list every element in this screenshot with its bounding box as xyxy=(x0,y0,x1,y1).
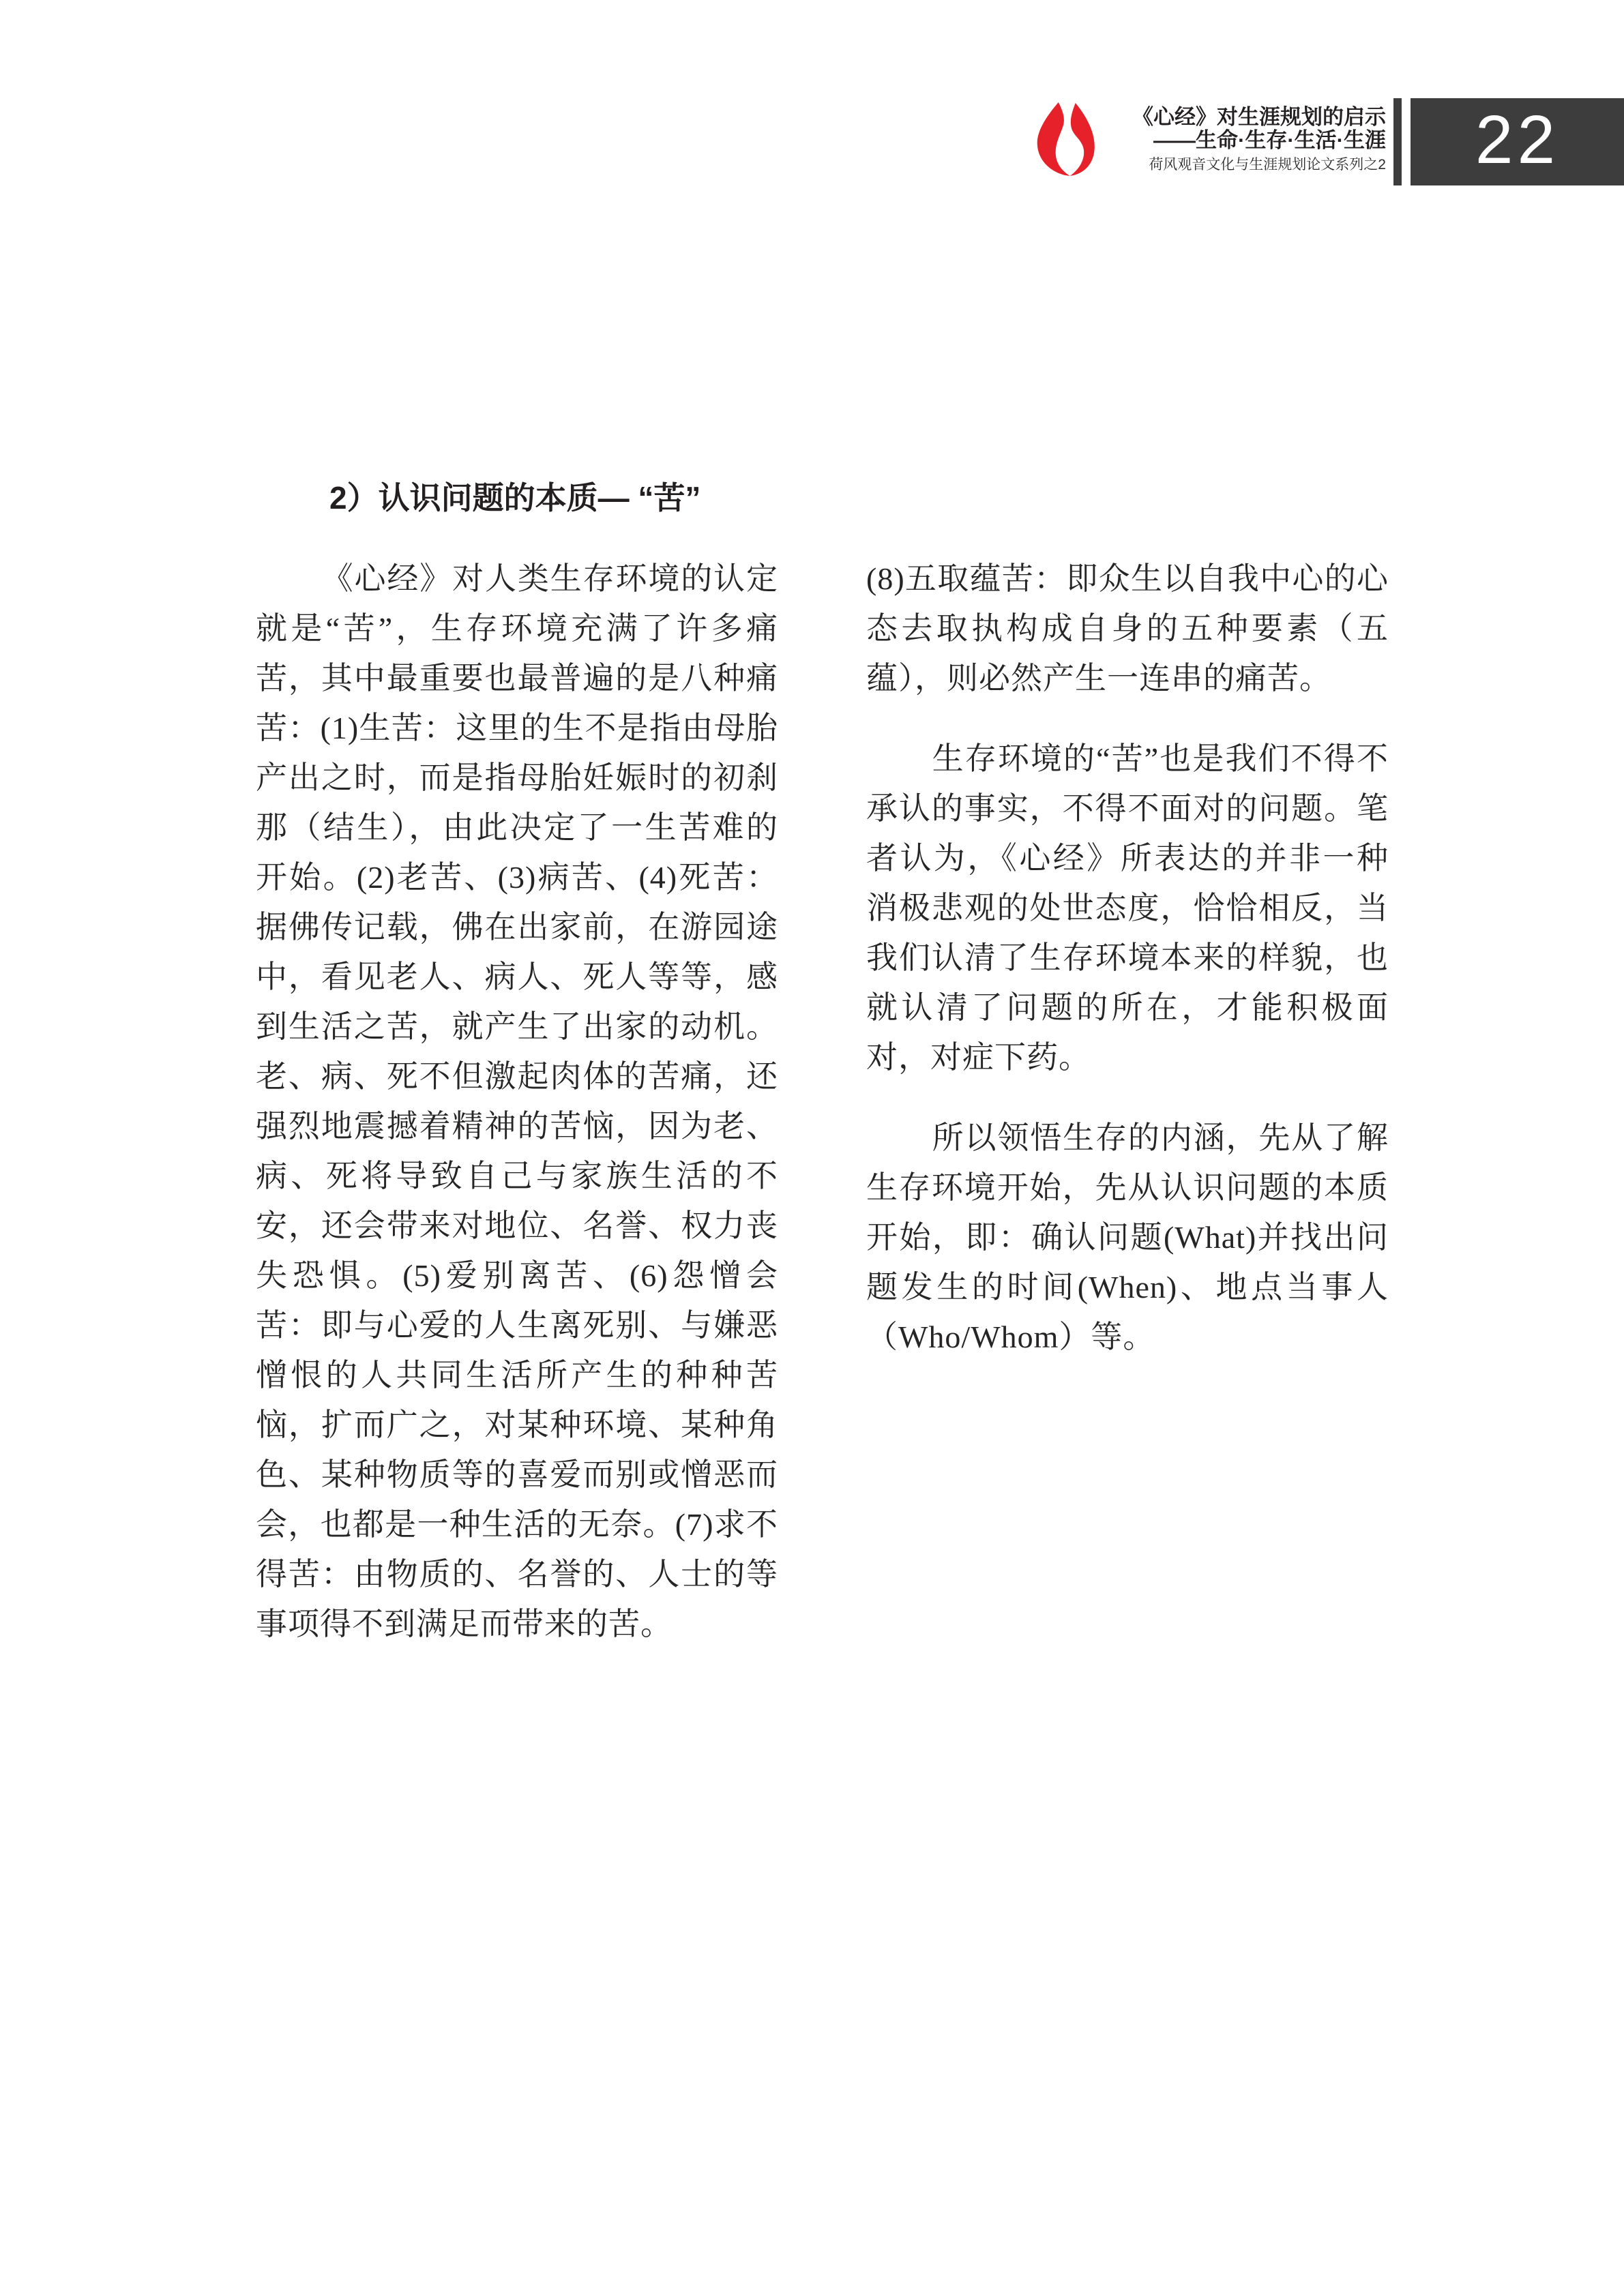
body-paragraph: 生存环境的“苦”也是我们不得不承认的事实，不得不面对的问题。笔者认为，《心经》所… xyxy=(866,734,1389,1082)
flame-lotus-icon xyxy=(1033,102,1098,176)
page-number: 22 xyxy=(1475,106,1559,174)
header-title-line1: 《心经》对生涯规划的启示 xyxy=(1132,106,1386,128)
body-paragraph: 所以领悟生存的内涵，先从了解生存环境开始，先从认识问题的本质开始，即：确认问题(… xyxy=(866,1113,1389,1362)
header-subtitle: 荷风观音文化与生涯规划论文系列之2 xyxy=(1132,157,1386,173)
header-title-line2: ——生命·生存·生活·生涯 xyxy=(1132,129,1386,151)
header-divider-bar xyxy=(1393,98,1402,185)
page-header: 《心经》对生涯规划的启示 ——生命·生存·生活·生涯 荷风观音文化与生涯规划论文… xyxy=(1132,106,1386,173)
right-column: (8)五取蕴苦：即众生以自我中心的心态去取执构成自身的五种要素（五蕴），则必然产… xyxy=(866,554,1389,1362)
left-column: 《心经》对人类生存环境的认定就是“苦”，生存环境充满了许多痛苦，其中最重要也最普… xyxy=(256,554,778,1649)
body-paragraph: (8)五取蕴苦：即众生以自我中心的心态去取执构成自身的五种要素（五蕴），则必然产… xyxy=(866,554,1389,703)
body-paragraph: 《心经》对人类生存环境的认定就是“苦”，生存环境充满了许多痛苦，其中最重要也最普… xyxy=(256,554,778,1649)
document-page: 《心经》对生涯规划的启示 ——生命·生存·生活·生涯 荷风观音文化与生涯规划论文… xyxy=(0,0,1624,2296)
page-number-box: 22 xyxy=(1411,98,1624,185)
section-heading: 2）认识问题的本质— “苦” xyxy=(329,473,700,518)
